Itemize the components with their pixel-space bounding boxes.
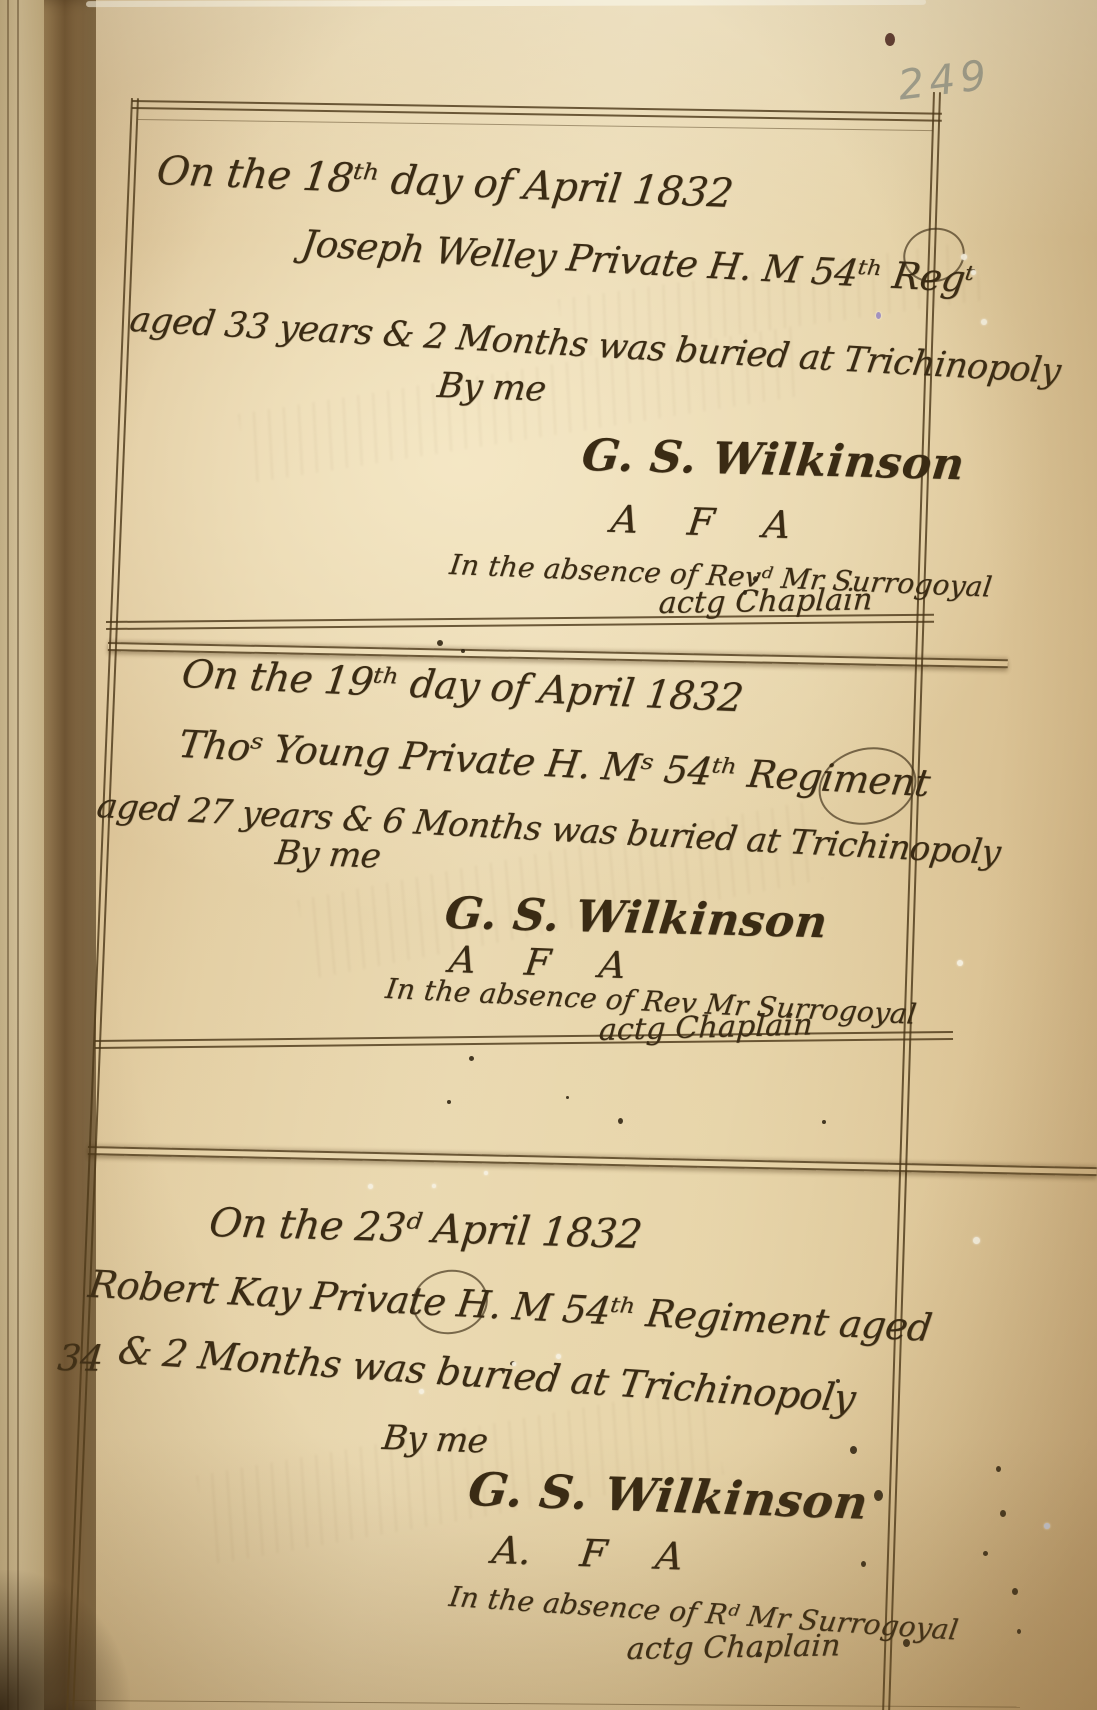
entry3-age-margin: 34 — [56, 1338, 105, 1380]
ink-spot — [885, 33, 895, 46]
ink-spot — [850, 1446, 857, 1454]
paper-fleck — [556, 1354, 561, 1359]
paper-fleck — [973, 1237, 980, 1244]
adjacent-page-rule — [17, 0, 19, 1710]
ink-spot — [874, 1490, 883, 1501]
ink-spot — [753, 576, 758, 582]
ink-spot — [836, 1379, 840, 1383]
entry1-signature: G. S. Wilkinson — [579, 430, 967, 490]
paper-fleck — [368, 1184, 373, 1189]
ink-spot — [903, 1639, 910, 1647]
ink-spot — [1000, 1510, 1006, 1517]
ink-spot — [983, 1551, 988, 1556]
entry1-initials: A F A — [609, 497, 793, 547]
ink-spot — [447, 1100, 451, 1104]
paper-fleck — [512, 1362, 516, 1366]
adjacent-page-edge — [0, 0, 46, 1710]
adjacent-page-rule — [7, 0, 9, 1710]
binding-shadow — [0, 1570, 130, 1710]
ink-spot — [461, 649, 465, 653]
paper-fleck — [971, 270, 976, 275]
paper-fleck — [961, 254, 967, 260]
ink-spot — [996, 1466, 1001, 1472]
ink-spot — [437, 640, 443, 646]
ink-spot — [822, 1120, 826, 1124]
entry3-capacity-line: actg Chaplain — [626, 1628, 842, 1667]
entry1-by-me: By me — [435, 366, 548, 410]
paper-fleck — [432, 1184, 436, 1188]
ink-spot — [757, 1652, 762, 1657]
ink-spot — [861, 1561, 866, 1567]
ink-spot — [566, 1096, 569, 1099]
paper-fleck — [1044, 1523, 1050, 1529]
paper-fleck — [957, 960, 963, 966]
entry3-by-me: By me — [380, 1418, 490, 1462]
ink-spot — [469, 1056, 474, 1061]
entry2-by-me: By me — [273, 833, 383, 877]
entry3-initials: A. F A — [490, 1528, 686, 1578]
paper-fleck — [484, 1171, 488, 1175]
register-page-photo: 249 On the 18ᵗʰ day of April 1832 Joseph… — [0, 0, 1097, 1710]
paper-fleck — [981, 319, 987, 325]
paper-fleck — [419, 1389, 424, 1394]
ink-spot — [1012, 1588, 1018, 1595]
book-gutter — [44, 0, 96, 1710]
ink-spot — [743, 590, 747, 595]
ink-spot — [1017, 1629, 1021, 1634]
entry2-capacity-line: actg Chaplain — [598, 1007, 814, 1048]
ink-spot — [618, 1118, 623, 1124]
paper-fleck — [876, 312, 881, 319]
entry1-capacity-line: actg Chaplain — [658, 582, 874, 621]
